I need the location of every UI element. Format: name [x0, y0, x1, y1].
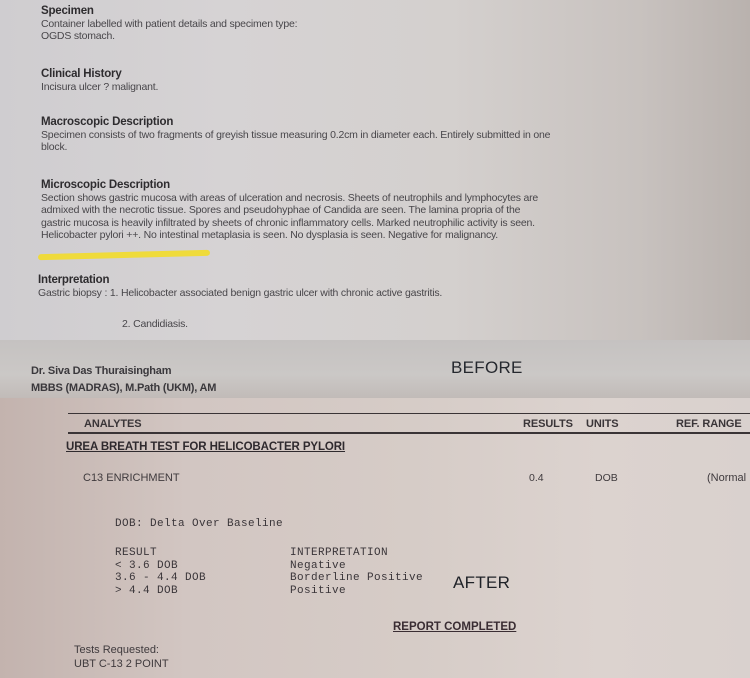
macroscopic-line: Specimen consists of two fragments of gr… [41, 129, 681, 142]
specimen-line: Container labelled with patient details … [41, 18, 297, 31]
microscopic-section: Microscopic Description Section shows ga… [41, 179, 671, 242]
pathologist-signature: Dr. Siva Das Thuraisingham MBBS (MADRAS)… [31, 363, 216, 397]
column-header-results: RESULTS [523, 418, 573, 430]
reference-result-column: RESULT < 3.6 DOB 3.6 - 4.4 DOB > 4.4 DOB [115, 547, 285, 597]
report-status: REPORT COMPLETED [393, 621, 516, 633]
tests-requested: Tests Requested: UBT C-13 2 POINT [74, 643, 169, 671]
analyte-ref-range: (Normal [707, 472, 746, 484]
microscopic-line: gastric mucosa is heavily infiltrated by… [41, 217, 671, 230]
specimen-line: OGDS stomach. [41, 30, 297, 43]
before-label: BEFORE [451, 358, 523, 378]
pathologist-credentials: MBBS (MADRAS), M.Path (UKM), AM [31, 380, 216, 397]
yellow-highlighter-mark [38, 250, 210, 261]
clinical-history-text: Incisura ulcer ? malignant. [41, 81, 158, 94]
interpretation-section: Interpretation Gastric biopsy : 1. Helic… [38, 274, 638, 331]
table-header-rule [68, 432, 750, 434]
specimen-section: Specimen Container labelled with patient… [41, 5, 297, 43]
microscopic-line-h-pylori: Helicobacter pylori ++. No intestinal me… [41, 229, 671, 242]
tests-requested-label: Tests Requested: [74, 643, 169, 657]
ref-interpretation-cell: Negative [290, 560, 490, 573]
macroscopic-line: block. [41, 141, 681, 154]
analyte-unit: DOB [595, 472, 618, 484]
ref-result-cell: > 4.4 DOB [115, 585, 285, 598]
clinical-history-heading: Clinical History [41, 68, 158, 81]
column-header-units: UNITS [586, 418, 619, 430]
column-header-ref-range: REF. RANGE [676, 418, 742, 430]
ref-header-result: RESULT [115, 547, 285, 560]
urea-breath-test-report-after [0, 398, 750, 678]
macroscopic-heading: Macroscopic Description [41, 116, 681, 129]
pathologist-name: Dr. Siva Das Thuraisingham [31, 363, 216, 380]
interpretation-line: Gastric biopsy : 1. Helicobacter associa… [38, 287, 638, 300]
after-label: AFTER [453, 573, 510, 593]
dob-definition: DOB: Delta Over Baseline [115, 518, 283, 530]
microscopic-line: admixed with the necrotic tissue. Spores… [41, 204, 671, 217]
microscopic-heading: Microscopic Description [41, 179, 671, 192]
analyte-name: C13 ENRICHMENT [83, 472, 180, 484]
column-header-analytes: ANALYTES [84, 418, 141, 430]
analyte-result: 0.4 [529, 472, 544, 484]
ref-header-interpretation: INTERPRETATION [290, 547, 490, 560]
specimen-heading: Specimen [41, 5, 297, 18]
ref-result-cell: < 3.6 DOB [115, 560, 285, 573]
test-title: UREA BREATH TEST FOR HELICOBACTER PYLORI [66, 441, 345, 453]
table-top-rule [68, 413, 750, 414]
interpretation-heading: Interpretation [38, 274, 638, 287]
interpretation-line: 2. Candidiasis. [122, 318, 638, 331]
clinical-history-section: Clinical History Incisura ulcer ? malign… [41, 68, 158, 93]
ref-result-cell: 3.6 - 4.4 DOB [115, 572, 285, 585]
tests-requested-value: UBT C-13 2 POINT [74, 657, 169, 671]
macroscopic-section: Macroscopic Description Specimen consist… [41, 116, 681, 154]
microscopic-line: Section shows gastric mucosa with areas … [41, 192, 671, 205]
histopathology-report-before: Specimen Container labelled with patient… [0, 0, 750, 340]
